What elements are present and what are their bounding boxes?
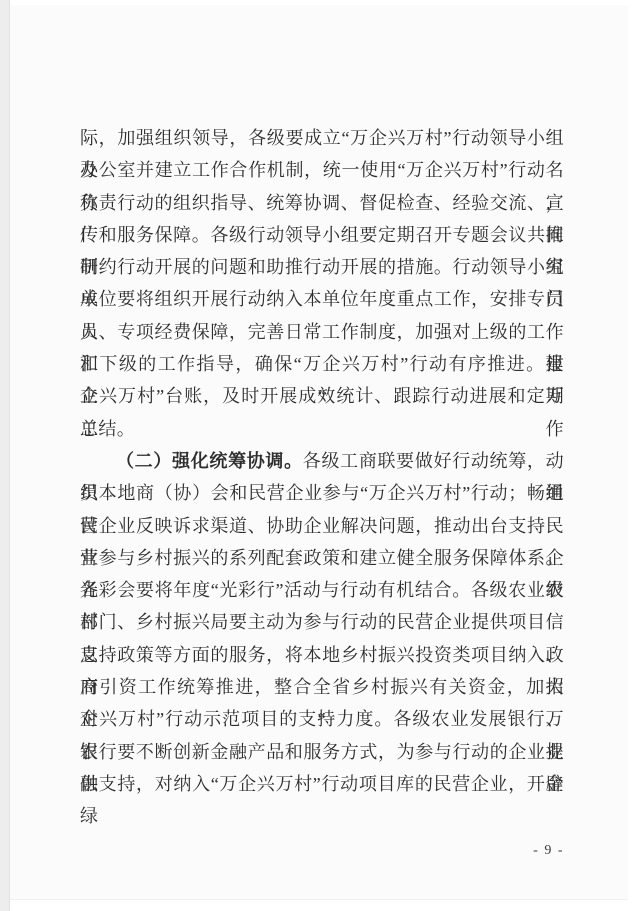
document-line: 广和服务保障。各级行动领导小组要定期召开专题会议共同研究	[80, 219, 564, 251]
document-line: 融支持，对纳入“万企兴万村”行动项目库的民营企业，开辟绿	[80, 768, 564, 800]
document-line: 和下级的工作指导，确保“万企兴万村”行动有序推进。建立“万	[80, 348, 564, 380]
document-line: 企兴万村”台账，及时开展成效统计、跟踪行动进展和定期工作	[80, 380, 564, 412]
paragraph-heading: （二）强化统筹协调。	[116, 451, 303, 471]
document-line: 制约行动开展的问题和助推行动开展的措施。行动领导小组成员	[80, 251, 564, 283]
document-line: 单位要将组织开展行动纳入本单位年度重点工作，安排专门人	[80, 283, 564, 315]
document-line: 员、专项经费保障，完善日常工作制度，加强对上级的工作汇报	[80, 316, 564, 348]
document-line: 光彩会要将年度“光彩行”活动与行动有机结合。各级农业农村	[80, 574, 564, 606]
document-body: 际，加强组织领导，各级要成立“万企兴万村”行动领导小组及办公室并建立工作合作机制…	[80, 122, 564, 800]
document-line: 际，加强组织领导，各级要成立“万企兴万村”行动领导小组及	[80, 122, 564, 154]
document-line: 办公室并建立工作合作机制，统一使用“万企兴万村”行动名称，	[80, 154, 564, 186]
document-line: 银行要不断创新金融产品和服务方式，为参与行动的企业提供金	[80, 736, 564, 768]
scan-edge-shadow	[0, 0, 10, 911]
document-line: 业参与乡村振兴的系列配套政策和建立健全服务保障体系。各级	[80, 542, 564, 574]
document-line: 部门、乡村振兴局要主动为参与行动的民营企业提供项目信息、	[80, 606, 564, 638]
document-line: 企兴万村”行动示范项目的支持力度。各级农业发展银行、农业	[80, 703, 564, 735]
document-line: 负责行动的组织指导、统筹协调、督促检查、经验交流、宣传推	[80, 187, 564, 219]
page-number: - 9 -	[533, 843, 564, 859]
document-line: （二）强化统筹协调。各级工商联要做好行动统筹，动员组	[80, 445, 564, 477]
document-line: 支持政策等方面的服务，将本地乡村振兴投资类项目纳入政府招	[80, 639, 564, 671]
document-line: 营企业反映诉求渠道、协助企业解决问题，推动出台支持民营企	[80, 510, 564, 542]
document-line: 商引资工作统筹推进，整合全省乡村振兴有关资金，加大对“万	[80, 671, 564, 703]
document-line: 织本地商（协）会和民营企业参与“万企兴万村”行动；畅通民	[80, 477, 564, 509]
document-page: 际，加强组织领导，各级要成立“万企兴万村”行动领导小组及办公室并建立工作合作机制…	[10, 5, 628, 900]
scanned-document: 际，加强组织领导，各级要成立“万企兴万村”行动领导小组及办公室并建立工作合作机制…	[0, 0, 640, 911]
